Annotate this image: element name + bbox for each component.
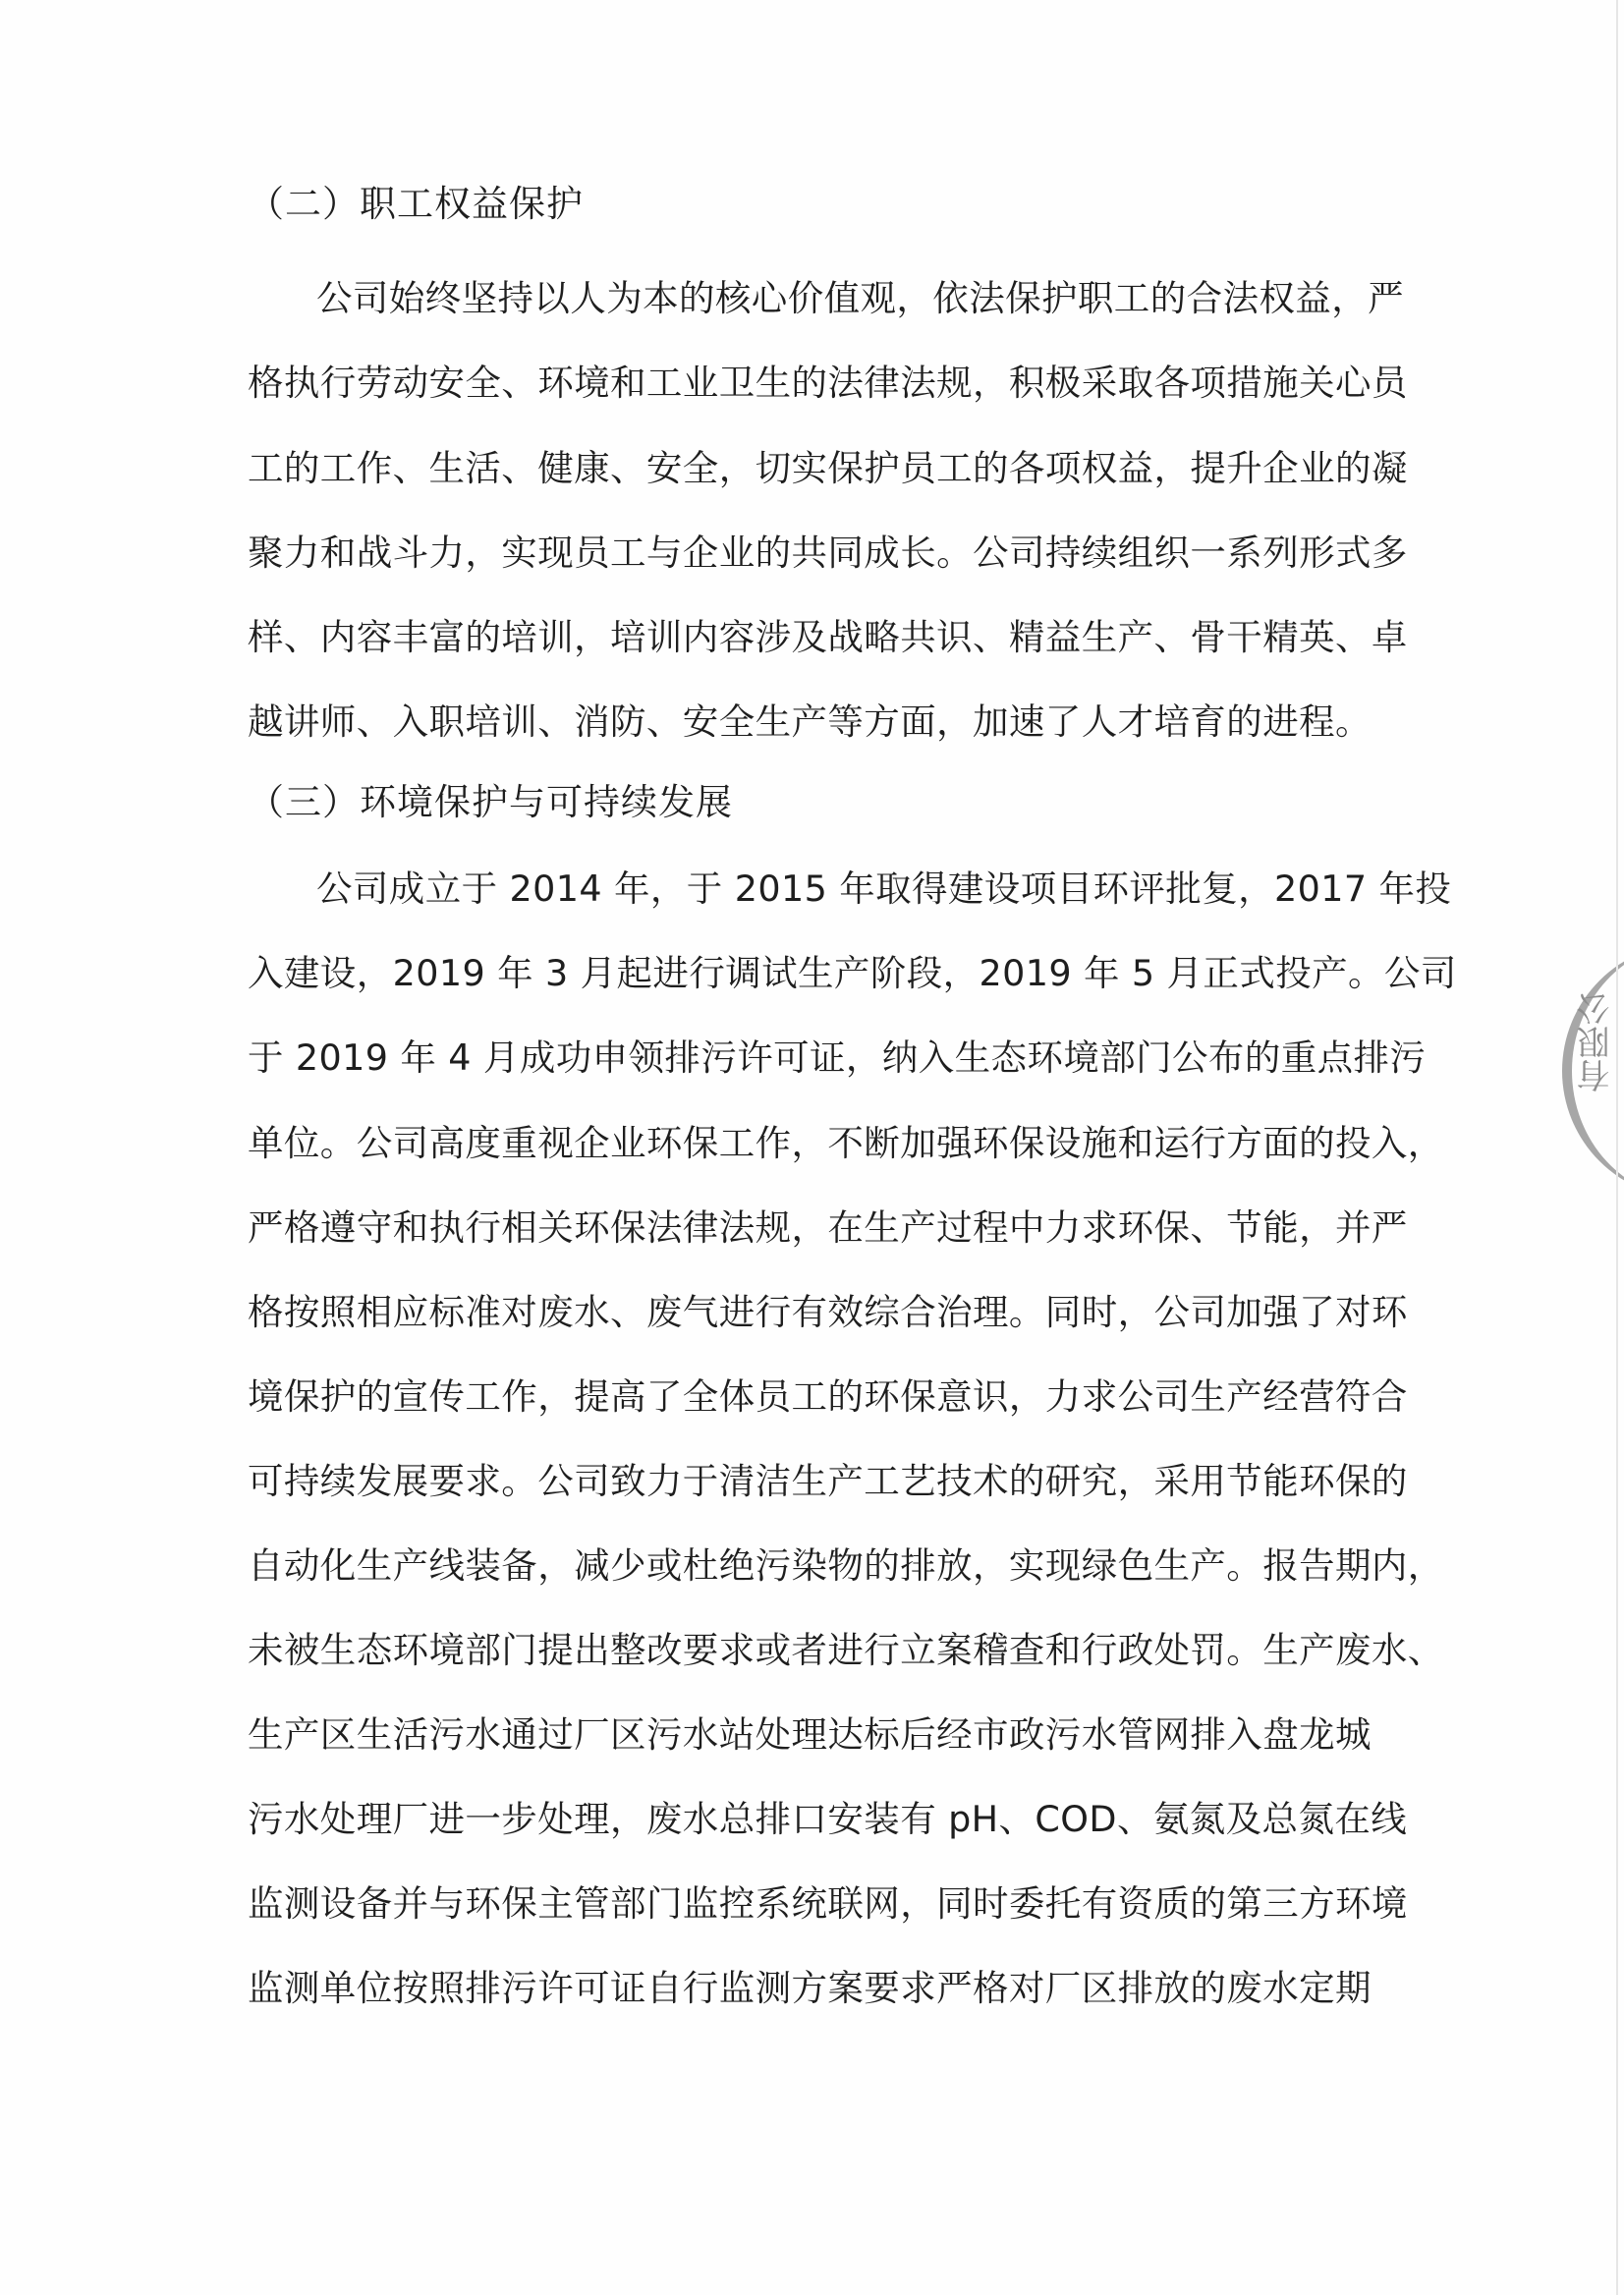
page-edge — [1616, 0, 1618, 2295]
paragraph-line: 工的工作、生活、健康、安全，切实保护员工的各项权益，提升企业的凝 — [248, 447, 1377, 490]
section-heading-employee-rights: （二）职工权益保护 — [248, 183, 1377, 226]
paragraph-line: 自动化生产线装备，减少或杜绝污染物的排放，实现绿色生产。报告期内， — [248, 1544, 1377, 1588]
paragraph-line: 格按照相应标准对废水、废气进行有效综合治理。同时，公司加强了对环 — [248, 1291, 1377, 1334]
paragraph-line: 入建设，2019 年 3 月起进行调试生产阶段，2019 年 5 月正式投产。公… — [248, 952, 1377, 995]
paragraph-line: 于 2019 年 4 月成功申领排污许可证，纳入生态环境部门公布的重点排污 — [248, 1036, 1377, 1080]
paragraph-line: 污水处理厂进一步处理，废水总排口安装有 pH、COD、氨氮及总氮在线 — [248, 1798, 1377, 1841]
paragraph-line: 聚力和战斗力，实现员工与企业的共同成长。公司持续组织一系列形式多 — [248, 532, 1377, 575]
paragraph-line: 可持续发展要求。公司致力于清洁生产工艺技术的研究，采用节能环保的 — [248, 1460, 1377, 1503]
paragraph-line: 生产区生活污水通过厂区污水站处理达标后经市政污水管网排入盘龙城 — [248, 1713, 1377, 1757]
seal-stamp-text: 有限公 — [1572, 992, 1620, 1092]
paragraph-line: 未被生态环境部门提出整改要求或者进行立案稽查和行政处罚。生产废水、 — [248, 1629, 1377, 1672]
paragraph-line: 公司始终坚持以人为本的核心价值观，依法保护职工的合法权益，严 — [316, 277, 1446, 320]
section-heading-environment: （三）环境保护与可持续发展 — [248, 781, 1377, 824]
paragraph-line: 境保护的宣传工作，提高了全体员工的环保意识，力求公司生产经营符合 — [248, 1375, 1377, 1419]
document-page: （二）职工权益保护 公司始终坚持以人为本的核心价值观，依法保护职工的合法权益，严… — [0, 0, 1624, 2295]
paragraph-line: 格执行劳动安全、环境和工业卫生的法律法规，积极采取各项措施关心员 — [248, 362, 1377, 405]
paragraph-line: 公司成立于 2014 年，于 2015 年取得建设项目环评批复，2017 年投 — [316, 868, 1446, 911]
paragraph-line: 严格遵守和执行相关环保法律法规，在生产过程中力求环保、节能，并严 — [248, 1206, 1377, 1250]
paragraph-line: 单位。公司高度重视企业环保工作，不断加强环保设施和运行方面的投入， — [248, 1122, 1377, 1165]
paragraph-line: 监测设备并与环保主管部门监控系统联网，同时委托有资质的第三方环境 — [248, 1882, 1377, 1926]
paragraph-line: 监测单位按照排污许可证自行监测方案要求严格对厂区排放的废水定期 — [248, 1967, 1377, 2010]
paragraph-line: 越讲师、入职培训、消防、安全生产等方面，加速了人才培育的进程。 — [248, 700, 1377, 744]
paragraph-line: 样、内容丰富的培训，培训内容涉及战略共识、精益生产、骨干精英、卓 — [248, 616, 1377, 659]
